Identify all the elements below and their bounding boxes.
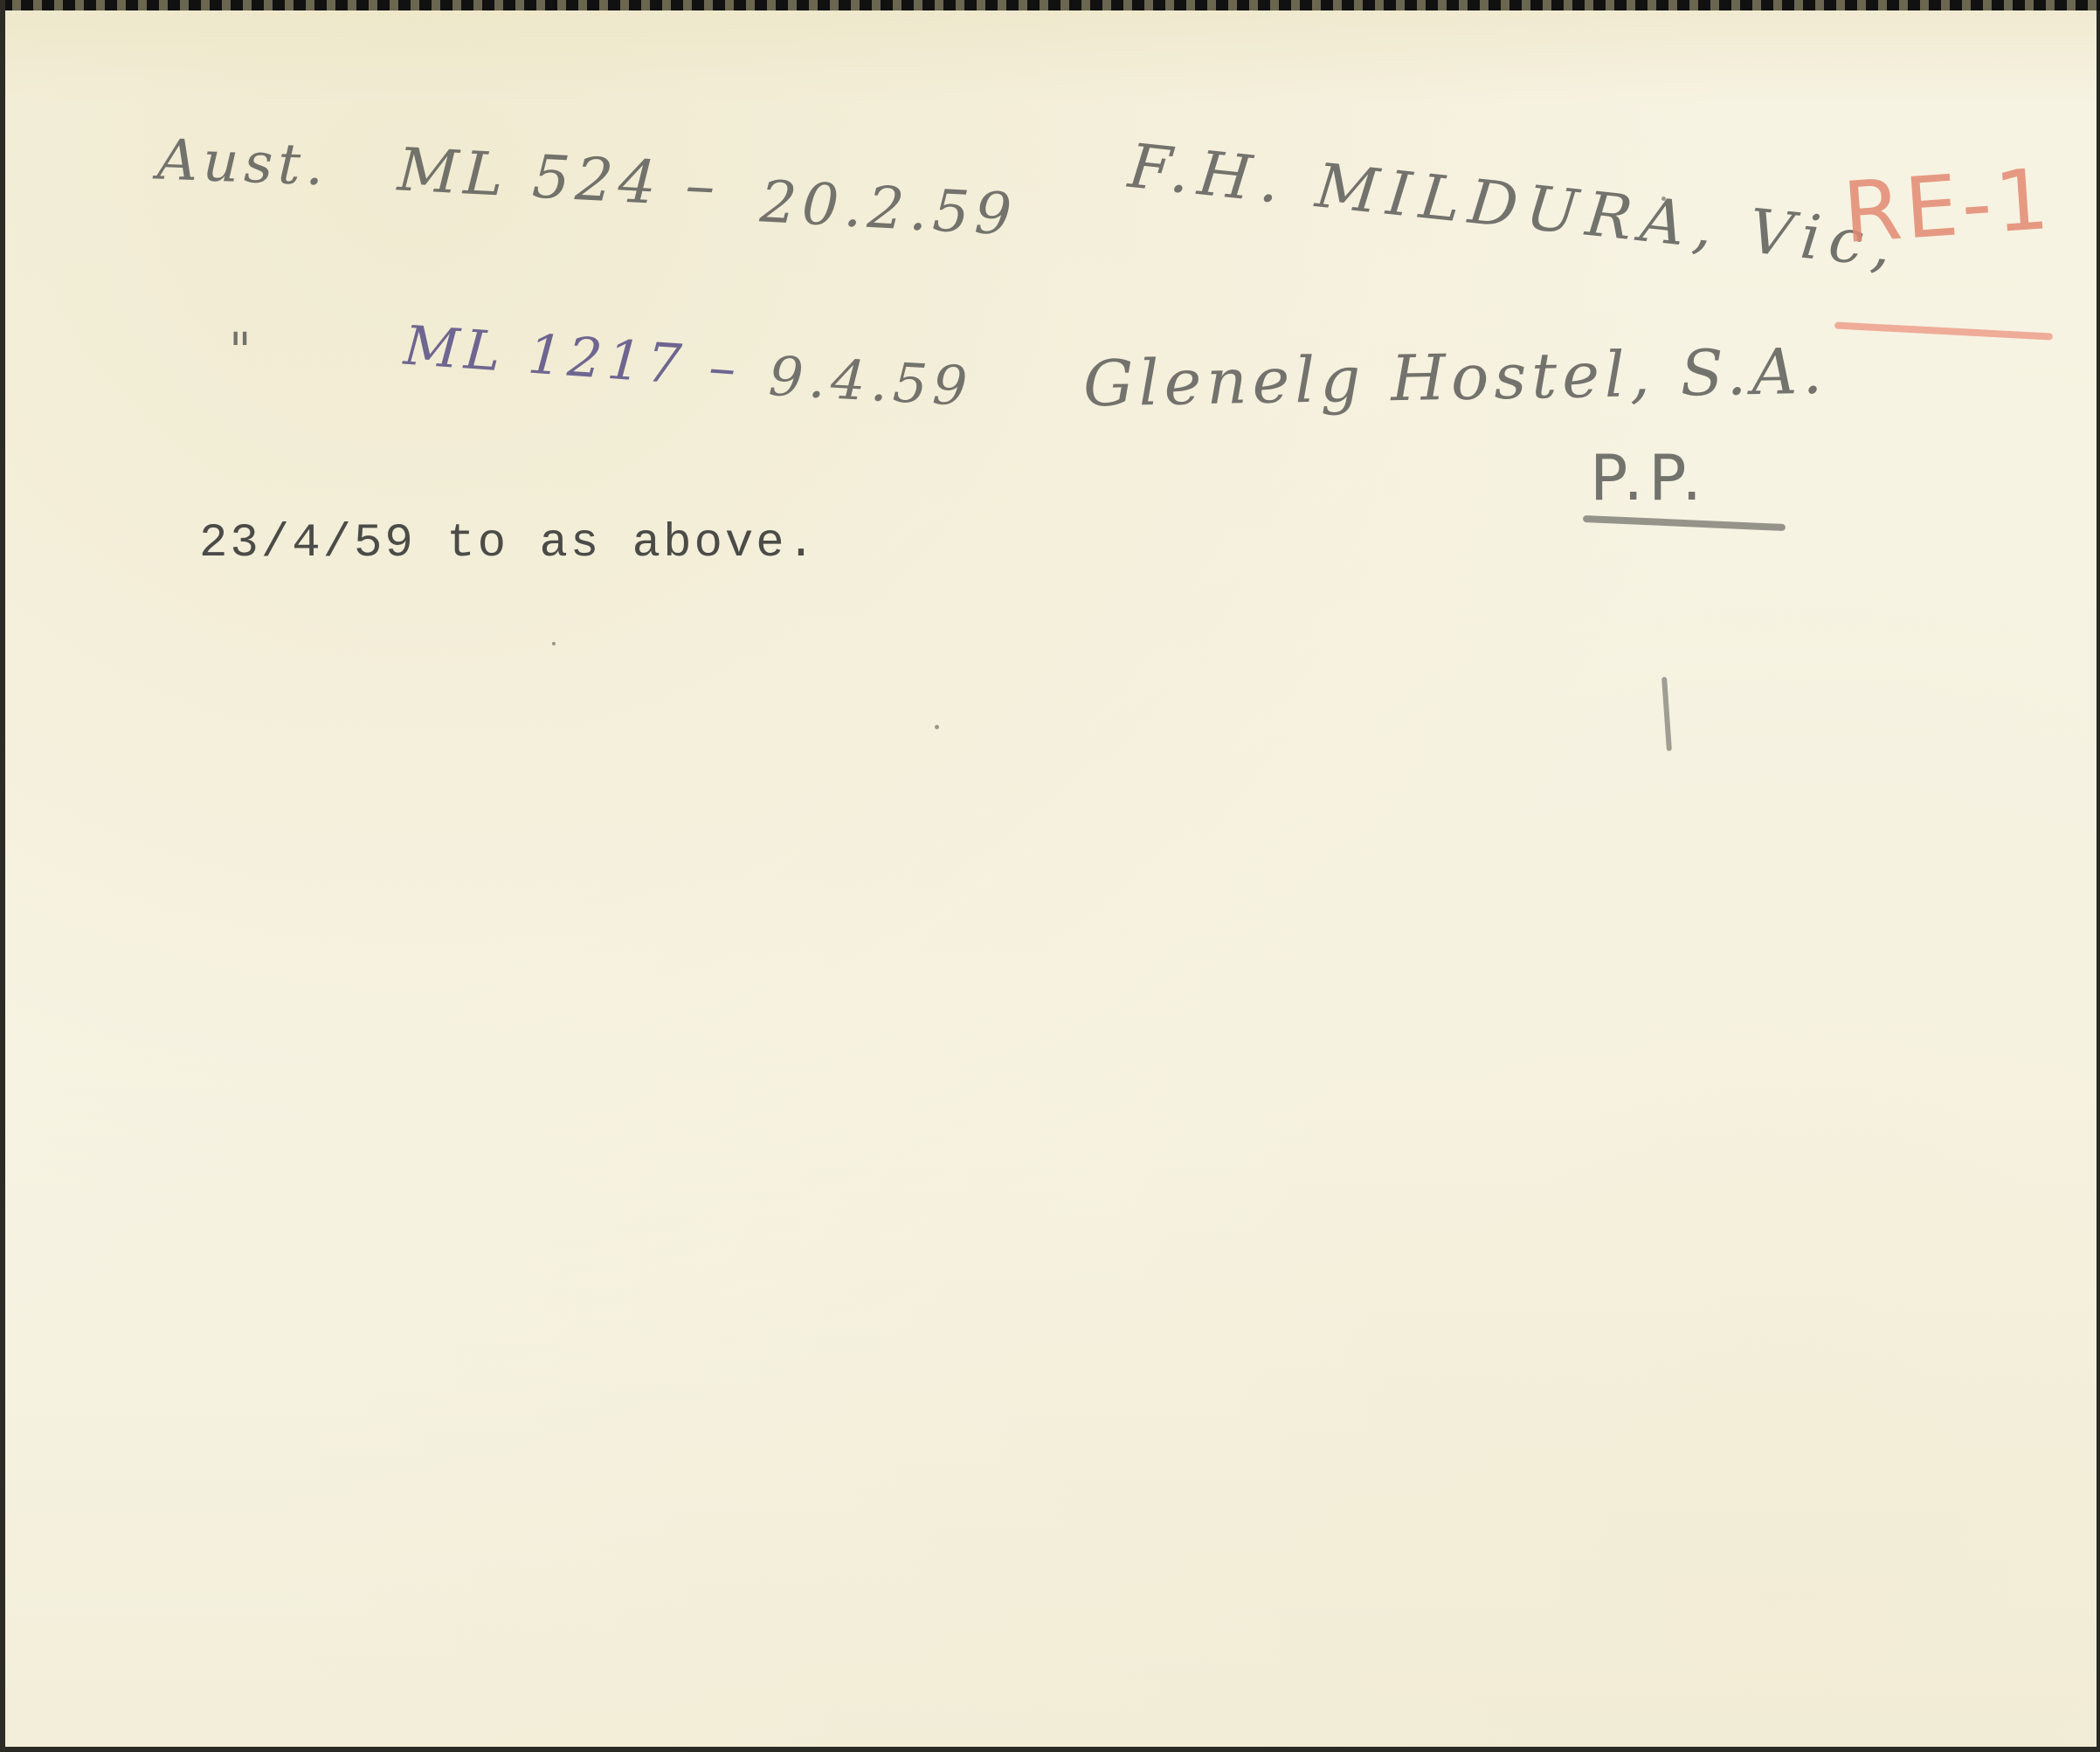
line2-ditto: " bbox=[229, 323, 257, 380]
margin-code: RE-1 bbox=[1840, 150, 2055, 262]
card-top-edge bbox=[0, 0, 2100, 10]
initials: P.P. bbox=[1590, 441, 1707, 514]
margin-code-underline bbox=[1834, 321, 2053, 340]
stray-pencil-mark bbox=[1661, 677, 1672, 751]
paper-speck bbox=[1661, 197, 1666, 201]
line1-ref: ML 524 – bbox=[396, 135, 722, 221]
line1-location: F.H. MILDURA, Vic, bbox=[1125, 130, 1903, 282]
index-card: Aust. ML 524 – 20.2.59 F.H. MILDURA, Vic… bbox=[0, 0, 2100, 1752]
line1-prefix: Aust. bbox=[156, 128, 330, 199]
line2-ref: ML 1217 – bbox=[402, 314, 743, 401]
typed-note: 23/4/59 to as above. bbox=[199, 517, 818, 570]
card-left-edge bbox=[0, 0, 5, 1752]
initials-underline bbox=[1583, 515, 1786, 531]
line1-date: 20.2.59 bbox=[758, 168, 1019, 248]
line2-date: 9.4.59 bbox=[767, 344, 974, 418]
line2-location: Glenelg Hostel, S.A. bbox=[1082, 335, 1827, 421]
paper-speck bbox=[935, 725, 939, 729]
paper-speck bbox=[552, 642, 556, 645]
